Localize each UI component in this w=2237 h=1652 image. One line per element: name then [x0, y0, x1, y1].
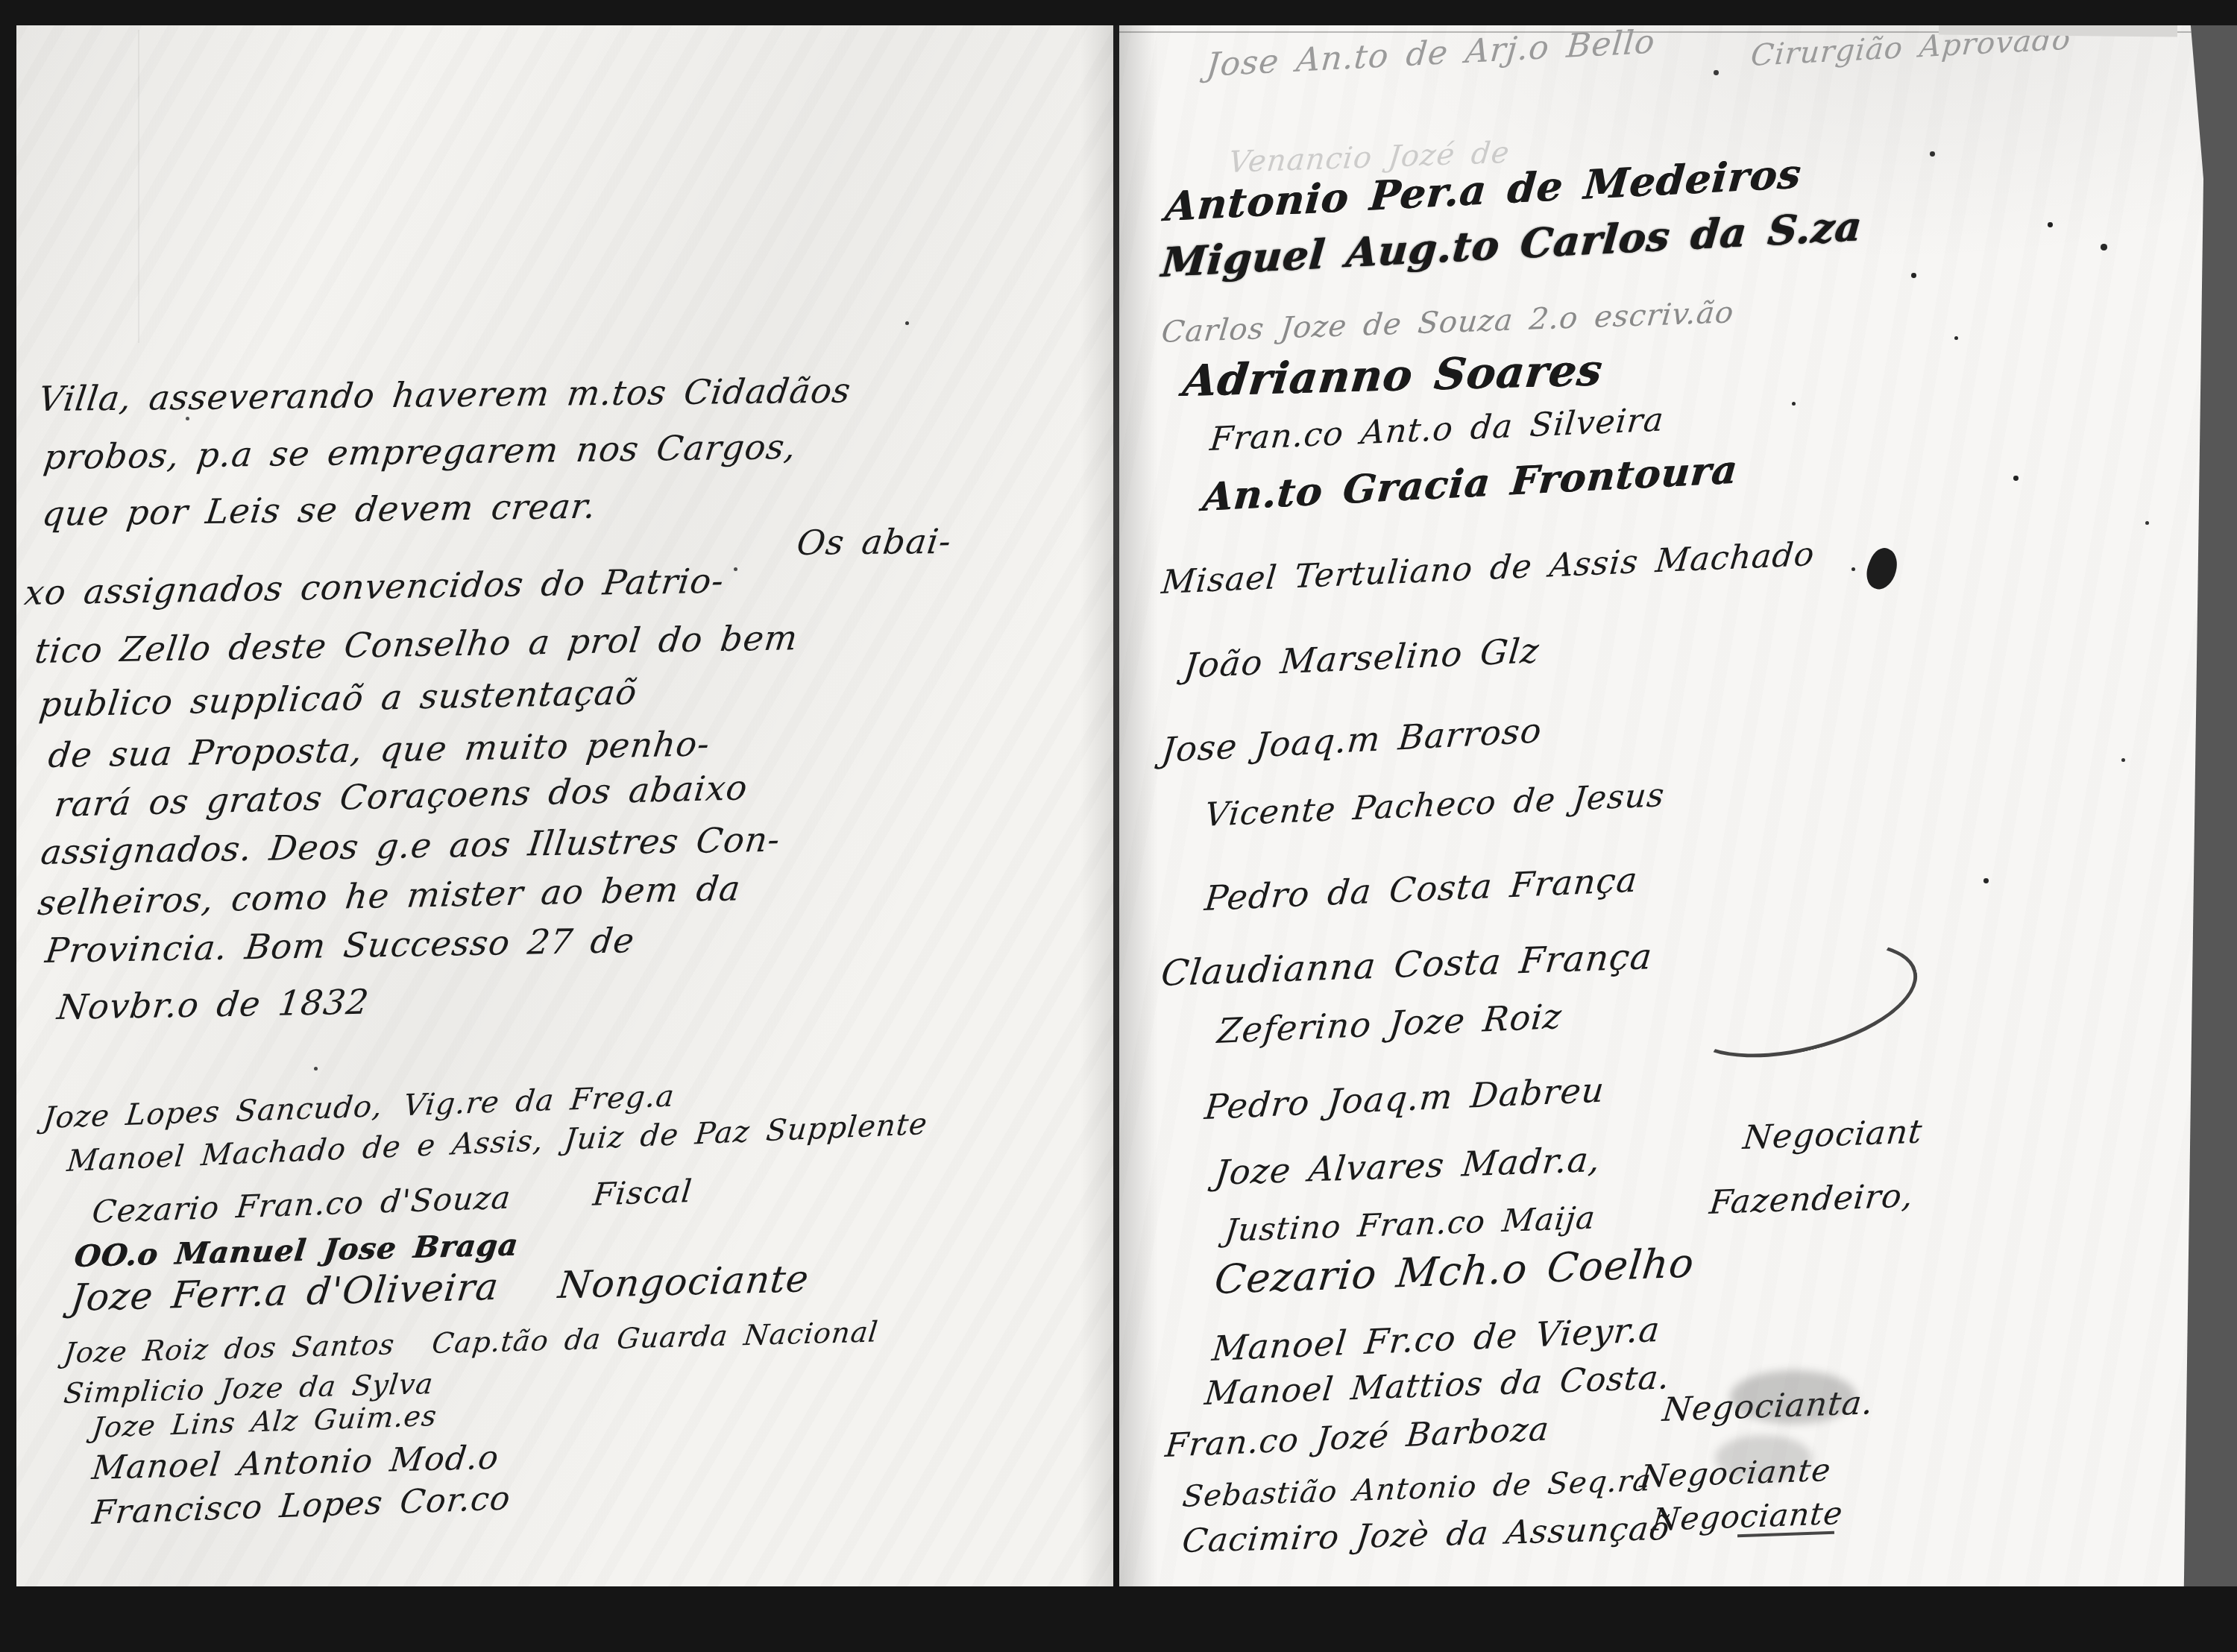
signature-name: Cacimiro Jozè da Assunçaõ	[1180, 1510, 1673, 1560]
signature-name: Pedro da Costa França	[1203, 860, 1640, 918]
ink-smudge	[1730, 1370, 1857, 1424]
signature-line: Sebastião Antonio de Seq.ra	[1181, 1466, 1653, 1512]
signature-line: Misael Tertuliano de Assis Machado	[1160, 538, 1816, 599]
body-line: selheiros, como he mister ao bem da	[36, 871, 742, 920]
signature-name: Jose Joaq.m Barroso	[1160, 710, 1544, 769]
signature-title: Negociante	[1651, 1498, 1845, 1536]
signature-title: Juiz de Paz Supplente	[563, 1109, 929, 1155]
signature-line: Fran.co Ant.o da Silveira	[1209, 404, 1666, 456]
pencil-note-line: Jose An.to de Arj.o Bello	[1205, 26, 1657, 82]
body-line: publico supplicaõ a sustentaçaõ	[37, 675, 639, 722]
signature-line: Joze Alvares Madr.a,	[1213, 1142, 1602, 1190]
signature-line: Manoel Mattios da Costa.	[1203, 1361, 1671, 1410]
signature-line: Adrianno Soares	[1180, 348, 1605, 403]
signature-line: Manoel Antonio Mod.o	[90, 1442, 500, 1485]
gutter-shadow	[1080, 25, 1113, 1586]
signature-name: Justino Fran.co Maija	[1223, 1199, 1597, 1249]
signature-name: Claudianna Costa França	[1160, 936, 1655, 994]
signature-line: Carlos Joze de Souza 2.o escriv.ão	[1160, 297, 1736, 347]
signature-name: Joze Alvares Madr.a,	[1213, 1139, 1602, 1193]
signature-line: An.to Gracia Frontoura	[1201, 451, 1739, 517]
gutter-shadow	[1119, 22, 1158, 1586]
signature-line: Pedro Joaq.m Dabreu	[1204, 1073, 1607, 1124]
body-line: Provincia. Bom Successo 27 de	[43, 923, 637, 968]
signature-line: Francisco Lopes Cor.co	[90, 1483, 512, 1530]
signature-line: Zeferino Joze Roiz	[1216, 999, 1564, 1048]
body-line: xo assignados convencidos do Patrio-	[22, 564, 726, 610]
body-line: assignados. Deos g.e aos Illustres Con-	[39, 822, 782, 869]
signature-name: Manoel Fr.co de Vieyr.a	[1210, 1309, 1662, 1369]
signature-line: Cacimiro Jozè da Assunçaõ	[1180, 1513, 1672, 1558]
signature-line: Cezario Mch.o Coelho	[1212, 1243, 1696, 1300]
signature-name: Misael Tertuliano de Assis Machado	[1160, 535, 1816, 602]
body-line: probos, p.a se empregarem nos Cargos,	[42, 429, 799, 474]
body-line: Villa, asseverando haverem m.tos Cidadão…	[37, 373, 853, 416]
signature-name: Fran.co Jozé Barboza	[1163, 1410, 1551, 1465]
signature-line: Jose Joaq.m Barroso	[1160, 713, 1544, 766]
signature-line: OO.o Manuel Jose Braga	[72, 1230, 520, 1272]
signature-line: Fran.co Jozé Barboza	[1164, 1413, 1551, 1463]
signature-name: Joze Ferr.a d'Oliveira	[69, 1265, 501, 1320]
signature-name: Joze Roiz dos Santos	[62, 1328, 397, 1369]
signature-line: Manoel Fr.co de Vieyr.a	[1211, 1312, 1662, 1366]
signature-name: Cezario Fran.co d'Souza	[90, 1179, 512, 1229]
body-line: Os abai-	[795, 524, 954, 560]
signature-line: Joze Roiz dos SantosCap.tão da Guarda Na…	[63, 1318, 880, 1367]
signature-title: Nongociante	[556, 1260, 811, 1304]
signature-title: Vig.re da Freg.a	[402, 1082, 676, 1121]
signature-name: Sebastião Antonio de Seq.ra	[1180, 1463, 1653, 1514]
signature-name: João Marselino Glz	[1182, 630, 1541, 686]
film-border-top	[0, 0, 2237, 25]
signature-line: Cezario Fran.co d'SouzaFiscal	[91, 1176, 694, 1228]
signature-line: Justino Fran.co Maija	[1224, 1202, 1597, 1246]
right-page: Jose An.to de Arj.o BelloCirurgião Aprov…	[1119, 22, 2203, 1586]
signature-title: Fiscal	[591, 1176, 693, 1211]
body-line: Novbr.o de 1832	[55, 985, 371, 1024]
fold-line	[138, 30, 139, 343]
signature-title: Cap.tão da Guarda Nacional	[430, 1318, 880, 1358]
signature-name: Manoel Antonio Mod.o	[90, 1439, 501, 1487]
signature-title: Fazendeiro,	[1708, 1180, 1915, 1220]
signature-name: Pedro Joaq.m Dabreu	[1203, 1070, 1606, 1127]
signature-name: Carlos Joze de Souza 2.o escriv.ão	[1160, 295, 1735, 350]
signature-name: Joze Lopes Sancudo,	[41, 1089, 384, 1135]
signature-name: Cezario Mch.o Coelho	[1212, 1240, 1697, 1303]
film-border-left	[0, 0, 16, 1652]
signature-name: Zeferino Joze Roiz	[1215, 996, 1564, 1051]
book-gutter	[1113, 25, 1119, 1586]
signature-name: Adrianno Soares	[1180, 344, 1605, 406]
signature-line: Vicente Pacheco de Jesus	[1204, 779, 1667, 832]
signature-name: Fran.co Ant.o da Silveira	[1208, 401, 1665, 458]
signature-name: Manoel Mattios da Costa.	[1203, 1358, 1672, 1413]
left-page: Villa, asseverando haverem m.tos Cidadão…	[16, 25, 1113, 1586]
microfilm-frame: Villa, asseverando haverem m.tos Cidadão…	[0, 0, 2237, 1652]
signature-name: Francisco Lopes Cor.co	[90, 1480, 512, 1532]
signature-name: An.to Gracia Frontoura	[1201, 447, 1740, 520]
body-line: de sua Proposta, que muito penho-	[46, 727, 712, 772]
ink-smudge	[1715, 1435, 1812, 1481]
signature-name: Vicente Pacheco de Jesus	[1203, 776, 1666, 834]
body-line: tico Zello deste Conselho a prol do bem	[33, 620, 799, 668]
film-border-bottom	[0, 1586, 2237, 1652]
signature-line: João Marselino Glz	[1183, 633, 1541, 683]
signature-line: Claudianna Costa França	[1160, 939, 1655, 991]
body-line: rará os gratos Coraçoens dos abaixo	[53, 770, 750, 822]
body-line: que por Leis se devem crear.	[40, 489, 598, 531]
signature-line: Pedro da Costa França	[1204, 863, 1640, 915]
signature-title: Negociant	[1741, 1116, 1924, 1155]
